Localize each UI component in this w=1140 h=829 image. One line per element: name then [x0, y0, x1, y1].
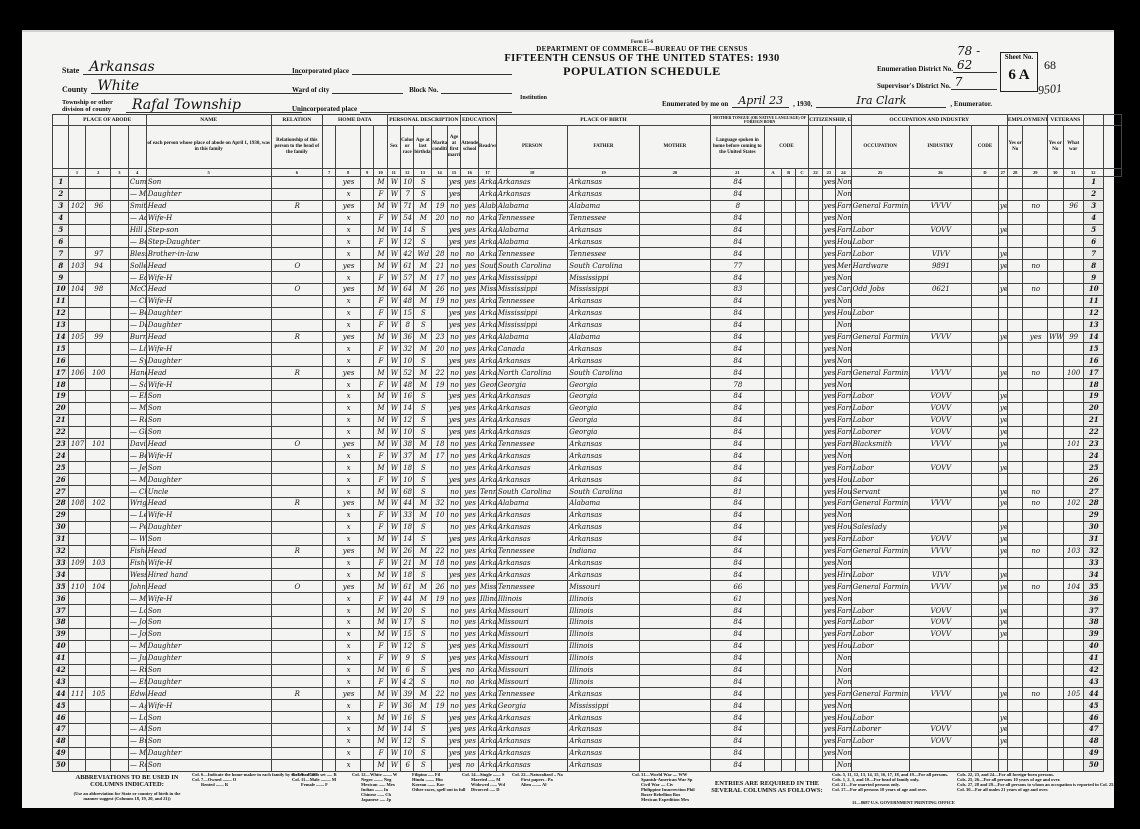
naturalization-cell: [809, 391, 822, 403]
farm-schedule-cell: [1063, 664, 1083, 676]
father-birthplace-cell: South Carolina: [496, 260, 567, 272]
value-cell: [322, 307, 335, 319]
name-cell: — Pearl: [128, 521, 146, 533]
name-cell: — Lena: [128, 509, 146, 521]
value-cell: [322, 462, 335, 474]
line-number: 47: [53, 723, 69, 735]
line-number-right: 16: [1083, 355, 1103, 367]
farm-flag-cell: [360, 735, 373, 747]
war-cell: [1048, 343, 1064, 355]
school-cell: no: [447, 248, 460, 260]
language-cell: [639, 664, 710, 676]
read-cell: yes: [461, 605, 479, 617]
father-birthplace-cell: Arkansas: [496, 747, 567, 759]
occupation-cell: None: [836, 700, 852, 712]
col-num: 17: [479, 169, 497, 177]
birthplace-cell: Arkansas: [479, 402, 497, 414]
mother-birthplace-cell: Arkansas: [568, 224, 639, 236]
code-c-cell: [782, 712, 795, 724]
sex-cell: F: [374, 319, 387, 331]
radio-cell: x: [336, 616, 361, 628]
war-cell: [1048, 188, 1064, 200]
father-birthplace-cell: Arkansas: [496, 188, 567, 200]
code-a-cell: 84: [711, 355, 765, 367]
marital-cell: S: [414, 236, 432, 248]
race-cell: W: [387, 735, 400, 747]
mother-birthplace-cell: Arkansas: [568, 450, 639, 462]
age-cell: 39: [401, 688, 414, 700]
employed-cell: [998, 640, 1007, 652]
table-row: 5Hill ArthurStep-sonxMW14SyesyesArkansas…: [53, 224, 1122, 236]
read-cell: yes: [461, 533, 479, 545]
birthplace-cell: Arkansas: [479, 307, 497, 319]
family-cell: 103: [86, 557, 111, 569]
industry-cell: General Farming: [851, 331, 909, 343]
industry-cell: Blacksmith: [851, 438, 909, 450]
radio-cell: x: [336, 735, 361, 747]
english-cell: yes: [822, 367, 835, 379]
sex-cell: F: [374, 379, 387, 391]
immigration-cell: [795, 224, 808, 236]
read-cell: yes: [461, 414, 479, 426]
industry-cell: [851, 355, 909, 367]
table-row: 21— Raymon G.SonxMW12SyesyesArkansasArka…: [53, 414, 1122, 426]
relation-cell: Son: [146, 628, 271, 640]
employed-cell: yes: [998, 521, 1007, 533]
english-cell: yes: [822, 474, 835, 486]
birthplace-cell: Alabama: [479, 200, 497, 212]
line-number: 32: [53, 545, 69, 557]
naturalization-cell: [809, 272, 822, 284]
name-cell: Sollett William A: [128, 260, 146, 272]
class-cell: [972, 224, 999, 236]
code-a-cell: 84: [711, 343, 765, 355]
code-b-cell: [764, 640, 782, 652]
code-a-cell: 84: [711, 212, 765, 224]
sex-header: Sex: [387, 126, 400, 169]
street-cell: [110, 331, 128, 343]
unincorporated-line: [360, 102, 512, 113]
class-cell: [972, 664, 999, 676]
street-cell: [110, 569, 128, 581]
english-cell: yes: [822, 343, 835, 355]
table-row: 36— MinnieWife-HxFW44M19noyesIllinoisIll…: [53, 593, 1122, 605]
radio-cell: yes: [336, 331, 361, 343]
street-cell: [110, 664, 128, 676]
farm-schedule-cell: [1063, 319, 1083, 331]
farm-flag-cell: [360, 509, 373, 521]
occupation-cell: House Keeper: [836, 307, 852, 319]
owned-cell: [271, 307, 322, 319]
age-cell: 54: [401, 212, 414, 224]
owned-cell: [271, 747, 322, 759]
mother-birthplace-cell: Arkansas: [568, 462, 639, 474]
relation-cell: Wife-H: [146, 509, 271, 521]
code-c-cell: [782, 450, 795, 462]
industry-cell: Labor: [851, 462, 909, 474]
table-row: 310296Smith Joseph G.HeadRyesMW71M19noye…: [53, 200, 1122, 212]
sex-cell: F: [374, 307, 387, 319]
occupation-cell: Farm hand: [836, 224, 852, 236]
occupation-cell: None: [836, 664, 852, 676]
age-cell: 48: [401, 379, 414, 391]
dwelling-cell: [68, 272, 86, 284]
line-number: 49: [53, 747, 69, 759]
father-birthplace-cell: Arkansas: [496, 391, 567, 403]
race-cell: W: [387, 248, 400, 260]
veteran-cell: no: [1023, 367, 1048, 379]
veteran-cell: [1023, 188, 1048, 200]
language-cell: [639, 295, 710, 307]
first-marriage-cell: [432, 236, 448, 248]
immigration-cell: [795, 236, 808, 248]
line-number: 38: [53, 616, 69, 628]
father-birthplace-cell: Alabama: [496, 200, 567, 212]
township-label: Township or other division of county: [62, 99, 122, 113]
owned-cell: R: [271, 498, 322, 510]
mother-birthplace-cell: Alabama: [568, 200, 639, 212]
table-row: 33109103Fisher HattieWife-HxFW21M18noyes…: [53, 557, 1122, 569]
code-b-cell: [764, 712, 782, 724]
class-cell: [972, 616, 999, 628]
occupation-cell: House Keeper: [836, 474, 852, 486]
department-line: DEPARTMENT OF COMMERCE—BUREAU OF THE CEN…: [442, 45, 842, 53]
table-row: 797Blessingame Rob L.Brother-in-lawxMW42…: [53, 248, 1122, 260]
occupation-cell: None: [836, 676, 852, 688]
name-cell: Hill Arthur: [128, 224, 146, 236]
first-marriage-cell: 19: [432, 379, 448, 391]
race-cell: W: [387, 284, 400, 296]
race-cell: W: [387, 295, 400, 307]
line-number-right: 44: [1083, 688, 1103, 700]
marital-cell: M: [414, 367, 432, 379]
code-a-cell: 78: [711, 379, 765, 391]
radio-cell: x: [336, 272, 361, 284]
relation-cell: Head: [146, 284, 271, 296]
farm-schedule-cell: [1063, 343, 1083, 355]
immigration-cell: [795, 652, 808, 664]
english-cell: yes: [822, 569, 835, 581]
family-cell: [86, 676, 111, 688]
occupation-cell: House Keeper: [836, 712, 852, 724]
unemployed-cell: [1007, 177, 1023, 189]
state-value: Arkansas: [83, 60, 302, 75]
code-c-cell: [782, 533, 795, 545]
form-id: 11—8687 U.S. GOVERNMENT PRINTING OFFICE: [852, 800, 955, 805]
relation-cell: Wife-H: [146, 212, 271, 224]
birthplace-cell: Arkansas: [479, 177, 497, 189]
code-b-cell: [764, 509, 782, 521]
war-cell: [1048, 177, 1064, 189]
dwelling-cell: [68, 236, 86, 248]
read-cell: yes: [461, 509, 479, 521]
birthplace-cell: Arkansas: [479, 640, 497, 652]
mother-birthplace-cell: Arkansas: [568, 521, 639, 533]
code-a-cell: 84: [711, 569, 765, 581]
english-cell: yes: [822, 616, 835, 628]
family-cell: [86, 224, 111, 236]
school-cell: yes: [447, 735, 460, 747]
veteran-cell: [1023, 272, 1048, 284]
english-cell: yes: [822, 640, 835, 652]
ind-code-cell: [909, 593, 971, 605]
farm-schedule-cell: 102: [1063, 498, 1083, 510]
employed-cell: [998, 700, 1007, 712]
col-num: 18: [496, 169, 567, 177]
marital-cell: S: [414, 676, 432, 688]
marital-cell: M: [414, 260, 432, 272]
english-cell: yes: [822, 712, 835, 724]
line-number: 19: [53, 391, 69, 403]
farm-schedule-cell: [1063, 569, 1083, 581]
name-desc: of each person whose place of abode on A…: [146, 126, 271, 169]
immigration-cell: [795, 723, 808, 735]
farm-flag-cell: [360, 367, 373, 379]
line-number-right: 46: [1083, 712, 1103, 724]
code-a-cell: 84: [711, 414, 765, 426]
dwelling-cell: [68, 307, 86, 319]
family-cell: 102: [86, 498, 111, 510]
school-cell: no: [447, 557, 460, 569]
father-birthplace-cell: Tennessee: [496, 248, 567, 260]
farm-schedule-cell: [1063, 426, 1083, 438]
dwelling-cell: [68, 605, 86, 617]
read-cell: no: [461, 248, 479, 260]
code-c-cell: [782, 747, 795, 759]
code-b-cell: [764, 557, 782, 569]
relation-cell: Son: [146, 605, 271, 617]
english-cell: yes: [822, 212, 835, 224]
relation-cell: Wife-H: [146, 379, 271, 391]
school-cell: no: [447, 605, 460, 617]
age-cell: 32: [401, 343, 414, 355]
relation-cell: Step-Daughter: [146, 236, 271, 248]
family-cell: [86, 462, 111, 474]
language-cell: [639, 379, 710, 391]
first-marriage-cell: [432, 640, 448, 652]
dwelling-cell: [68, 509, 86, 521]
line-number: 7: [53, 248, 69, 260]
dwelling-cell: [68, 723, 86, 735]
sex-cell: F: [374, 700, 387, 712]
read-cell: yes: [461, 224, 479, 236]
father-birthplace-cell: North Carolina: [496, 367, 567, 379]
street-cell: [110, 676, 128, 688]
father-birthplace-cell: Tennessee: [496, 581, 567, 593]
occupation-cell: Farm hand: [836, 735, 852, 747]
occupation-cell: None: [836, 188, 852, 200]
family-cell: [86, 723, 111, 735]
sex-cell: F: [374, 188, 387, 200]
school-header: Attended school: [461, 126, 479, 169]
read-cell: yes: [461, 747, 479, 759]
war-cell: [1048, 438, 1064, 450]
code-b-cell: [764, 664, 782, 676]
code-c-cell: [782, 212, 795, 224]
race-cell: W: [387, 605, 400, 617]
code-a-cell: 84: [711, 652, 765, 664]
institution-label: Institution: [520, 95, 547, 101]
father-birthplace-cell: Arkansas: [496, 723, 567, 735]
radio-cell: x: [336, 628, 361, 640]
english-cell: [822, 188, 835, 200]
radio-cell: x: [336, 700, 361, 712]
naturalization-cell: [809, 747, 822, 759]
birthplace-cell: Mississippi: [479, 284, 497, 296]
value-cell: [322, 735, 335, 747]
class-cell: [972, 676, 999, 688]
school-cell: yes: [447, 188, 460, 200]
radio-cell: yes: [336, 177, 361, 189]
ind-code-cell: [909, 664, 971, 676]
code-c-cell: [782, 355, 795, 367]
class-cell: [972, 402, 999, 414]
radio-cell: x: [336, 593, 361, 605]
value-cell: [322, 224, 335, 236]
relation-cell: Head: [146, 688, 271, 700]
code-c-cell: [782, 319, 795, 331]
line-number: 25: [53, 462, 69, 474]
sex-cell: M: [374, 545, 387, 557]
veteran-cell: [1023, 700, 1048, 712]
unemployed-cell: [1007, 628, 1023, 640]
age-cell: 21: [401, 557, 414, 569]
ind-code-cell: VOVV: [909, 735, 971, 747]
language-cell: [639, 569, 710, 581]
code-a-cell: 84: [711, 177, 765, 189]
col-num: 10: [374, 169, 387, 177]
father-birthplace-cell: Arkansas: [496, 533, 567, 545]
line-number-right: 33: [1083, 557, 1103, 569]
unemployed-cell: [1007, 664, 1023, 676]
race-cell: W: [387, 723, 400, 735]
dwelling-cell: 108: [68, 498, 86, 510]
name-cell: — John P: [128, 628, 146, 640]
line-number: 46: [53, 712, 69, 724]
code-c-cell: [782, 331, 795, 343]
value-cell: [322, 545, 335, 557]
school-cell: no: [447, 284, 460, 296]
age-marriage-header: Age at first marriage: [447, 126, 460, 169]
occupation-cell: Farmer: [836, 688, 852, 700]
code-c-cell: [782, 664, 795, 676]
occupation-cell: Farm hand: [836, 605, 852, 617]
family-cell: [86, 319, 111, 331]
radio-cell: x: [336, 486, 361, 498]
value-cell: [322, 509, 335, 521]
school-cell: yes: [447, 533, 460, 545]
unemployed-cell: [1007, 652, 1023, 664]
naturalization-cell: [809, 533, 822, 545]
immigration-cell: [795, 402, 808, 414]
first-marriage-cell: [432, 605, 448, 617]
mother-header: MOTHER: [639, 126, 710, 169]
marital-cell: M: [414, 498, 432, 510]
dwelling-cell: [68, 676, 86, 688]
war-cell: [1048, 640, 1064, 652]
dwelling-cell: [68, 462, 86, 474]
immigration-cell: [795, 474, 808, 486]
occupation-cell: None: [836, 557, 852, 569]
table-row: 1010498McCauley George MHeadOyesMW64M26n…: [53, 284, 1122, 296]
war-header: What war: [1063, 126, 1083, 169]
veteran-cell: [1023, 414, 1048, 426]
farm-schedule-cell: [1063, 188, 1083, 200]
farm-flag-cell: [360, 319, 373, 331]
employed-cell: [998, 307, 1007, 319]
col-num: 19: [568, 169, 639, 177]
code-c-cell: [782, 272, 795, 284]
ind-code-cell: [909, 307, 971, 319]
read-cell: yes: [461, 272, 479, 284]
mother-birthplace-cell: Arkansas: [568, 569, 639, 581]
code-c-cell: [782, 248, 795, 260]
value-cell: [322, 188, 335, 200]
immigration-cell: [795, 557, 808, 569]
value-cell: [322, 581, 335, 593]
father-birthplace-cell: Alabama: [496, 224, 567, 236]
col-num: 21: [711, 169, 765, 177]
sex-cell: F: [374, 450, 387, 462]
age-cell: 18: [401, 462, 414, 474]
school-cell: no: [447, 272, 460, 284]
veteran-cell: [1023, 462, 1048, 474]
class-cell: [972, 509, 999, 521]
english-cell: yes: [822, 224, 835, 236]
first-marriage-cell: 19: [432, 200, 448, 212]
school-cell: yes: [447, 391, 460, 403]
mother-birthplace-cell: Arkansas: [568, 177, 639, 189]
radio-cell: x: [336, 414, 361, 426]
unemployed-cell: [1007, 284, 1023, 296]
employed-cell: yes: [998, 723, 1007, 735]
war-cell: [1048, 272, 1064, 284]
marital-cell: S: [414, 735, 432, 747]
street-cell: [110, 355, 128, 367]
relation-cell: Daughter: [146, 307, 271, 319]
sex-cell: M: [374, 628, 387, 640]
table-row: 2— MadleneDaughterxFW7SyesArkansasArkans…: [53, 188, 1122, 200]
code-a-cell: 84: [711, 712, 765, 724]
ind-code-cell: VVVV: [909, 200, 971, 212]
farm-schedule-cell: [1063, 628, 1083, 640]
language-cell: [639, 521, 710, 533]
industry-cell: [851, 509, 909, 521]
ind-code-cell: VOVV: [909, 616, 971, 628]
class-cell: [972, 628, 999, 640]
birthplace-cell: Arkansas: [479, 712, 497, 724]
farm-schedule-cell: [1063, 509, 1083, 521]
marital-cell: M: [414, 688, 432, 700]
naturalization-cell: [809, 307, 822, 319]
line-number-right: 17: [1083, 367, 1103, 379]
mother-birthplace-cell: Indiana: [568, 545, 639, 557]
industry-cell: Labor: [851, 474, 909, 486]
read-cell: yes: [461, 545, 479, 557]
unemployed-cell: [1007, 438, 1023, 450]
line-number-right: 49: [1083, 747, 1103, 759]
ind-code-cell: [909, 272, 971, 284]
sex-cell: M: [374, 367, 387, 379]
unemployed-cell: [1007, 616, 1023, 628]
read-cell: yes: [461, 640, 479, 652]
sex-cell: M: [374, 177, 387, 189]
line-number: 31: [53, 533, 69, 545]
group-header-row: PLACE OF ABODE NAME RELATION HOME DATA P…: [53, 115, 1122, 126]
naturalization-cell: [809, 438, 822, 450]
ind-code-cell: [909, 652, 971, 664]
industry-cell: General Farming: [851, 367, 909, 379]
